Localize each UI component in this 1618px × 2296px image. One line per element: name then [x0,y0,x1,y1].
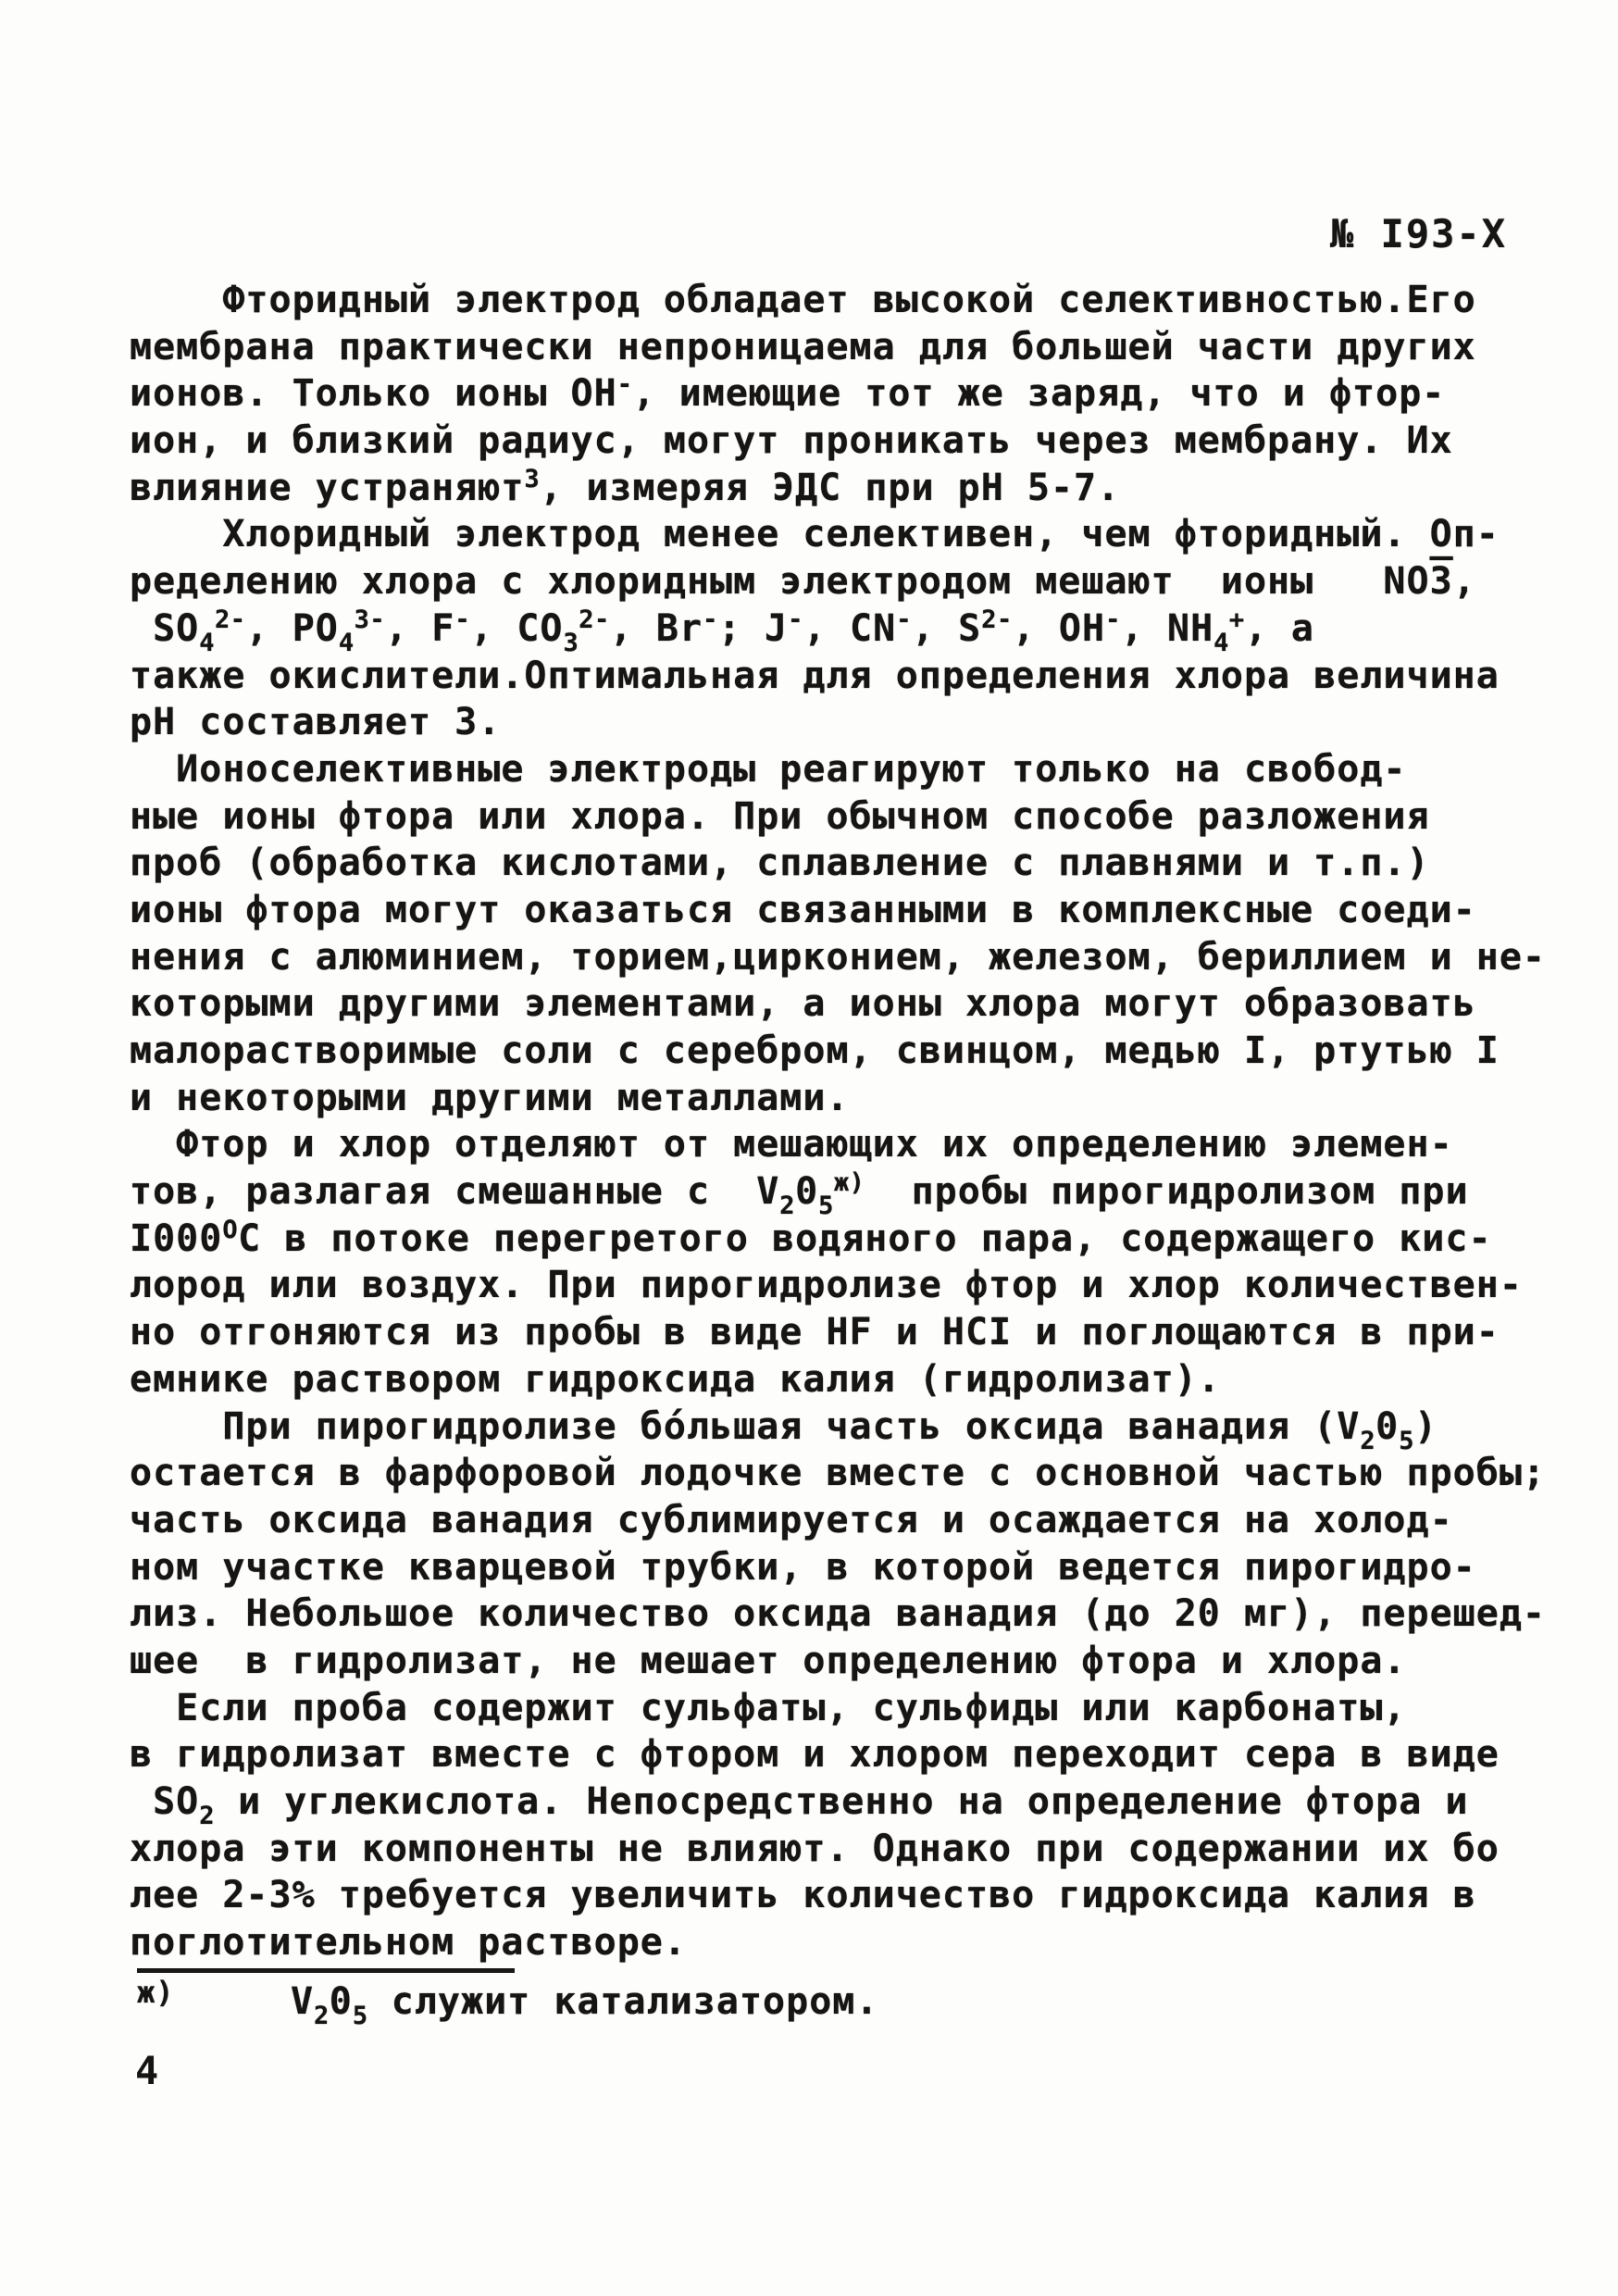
paragraph: Если проба содержит сульфаты, сульфиды и… [130,1685,1592,1966]
text-line: малорастворимые соли с серебром, свинцом… [130,1028,1592,1075]
text-segment: , F [385,607,454,650]
text-segment: хлора эти компоненты не влияют. Однако п… [130,1828,1500,1870]
text-line: но отгоняются из пробы в виде HF и HCI и… [130,1309,1592,1356]
text-segment: поглотительном растворе. [130,1921,687,1964]
paragraph: Ионоселективные электроды реагируют толь… [130,746,1592,1122]
text-segment: и углекислота. Непосредственно на опреде… [215,1780,1468,1823]
text-segment: , S [912,607,981,650]
subscript: 4 [339,629,355,657]
text-segment: ном участке кварцевой трубки, в которой … [130,1546,1476,1589]
text-segment: 0 [330,1980,353,2023]
text-segment: При пирогидролизе бо́льшая часть оксида … [130,1405,1360,1448]
text-segment: лород или воздух. При пирогидролизе фтор… [130,1264,1523,1306]
text-segment: малорастворимые соли с серебром, свинцом… [130,1029,1500,1072]
text-segment: ные ионы фтора или хлора. При обычном сп… [130,795,1430,838]
text-segment: шее в гидролизат, не мешает определению … [130,1640,1407,1682]
subscript: 3 [563,629,579,657]
text-line: При пирогидролизе бо́льшая часть оксида … [130,1404,1592,1451]
subscript: 5 [353,2002,368,2030]
text-segment: рН составляет 3. [130,701,501,743]
text-line: ределению хлора с хлоридным электродом м… [130,558,1592,605]
text-line: проб (обработка кислотами, сплавление с … [130,840,1592,887]
text-segment: пробы пирогидролизом при [865,1170,1468,1213]
superscript: О [222,1216,238,1244]
text-segment: в гидролизат вместе с фтором и хлором пе… [130,1733,1500,1776]
superscript: 3- [355,605,386,634]
text-segment: лиз. Небольшое количество оксида ванадия… [130,1592,1546,1635]
text-line: поглотительном растворе. [130,1919,1592,1966]
superscript: ж) [834,1168,865,1197]
paragraph: Фторидный электрод обладает высокой селе… [130,277,1592,511]
text-segment: также окислители.Оптимальная для определ… [130,655,1500,697]
footnote: ж) V205 служит катализатором. [137,1976,878,2028]
superscript: - [703,605,718,634]
subscript: 2 [1360,1427,1375,1455]
superscript: + [1229,605,1245,634]
text-line: влияние устраняют3, измеряя ЭДС при рН 5… [130,465,1592,512]
text-line: шее в гидролизат, не мешает определению … [130,1638,1592,1685]
text-segment: ионов. Только ионы ОН [130,372,617,415]
subscript: 4 [199,629,215,657]
text-line: Если проба содержит сульфаты, сульфиды и… [130,1685,1592,1732]
text-segment: V [175,1980,315,2023]
text-segment: С в потоке перегретого водяного пара, со… [238,1217,1491,1260]
text-line: хлора эти компоненты не влияют. Однако п… [130,1826,1592,1873]
text-segment: ; J [718,607,788,650]
text-segment: Ионоселективные электроды реагируют толь… [130,748,1407,791]
superscript: - [1105,605,1121,634]
text-line: которыми другими элементами, а ионы хлор… [130,980,1592,1028]
text-line: лиз. Небольшое количество оксида ванадия… [130,1591,1592,1638]
text-line: лород или воздух. При пирогидролизе фтор… [130,1262,1592,1309]
text-line: также окислители.Оптимальная для определ… [130,653,1592,700]
text-segment: лее 2-3% требуется увеличить количество … [130,1874,1476,1916]
text-line: часть оксида ванадия сублимируется и оса… [130,1497,1592,1544]
subscript: 2 [199,1802,215,1830]
text-segment: ) [1414,1405,1438,1448]
text-line: Ионоселективные электроды реагируют толь… [130,746,1592,793]
text-line: лее 2-3% требуется увеличить количество … [130,1872,1592,1919]
text-segment: , Br [610,607,703,650]
text-line: и некоторыми другими металлами. [130,1075,1592,1122]
text-segment: служит катализатором. [368,1980,879,2023]
text-line: емнике раствором гидроксида калия (гидро… [130,1356,1592,1404]
superscript: 2- [579,605,610,634]
doc-number: № I93-X [1330,211,1507,256]
text-segment: часть оксида ванадия сублимируется и оса… [130,1499,1453,1541]
text-segment: SO [130,1780,199,1823]
footnote-text: V205 служит катализатором. [175,1980,879,2023]
footnote-marker: ж) [137,1975,175,2010]
text-line: Хлоридный электрод менее селективен, чем… [130,511,1592,558]
text-segment: , OH [1013,607,1105,650]
subscript: 4 [1213,629,1229,657]
paragraph: При пирогидролизе бо́льшая часть оксида … [130,1404,1592,1685]
paragraph: Хлоридный электрод менее селективен, чем… [130,511,1592,745]
text-segment: мембрана практически непроницаема для бо… [130,326,1476,368]
text-segment: , имеющие тот же заряд, что и фтор- [633,372,1446,415]
text-segment: 0 [795,1170,818,1213]
document-page: № I93-X Фторидный электрод обладает высо… [0,0,1618,2296]
text-line: SO2 и углекислота. Непосредственно на оп… [130,1778,1592,1826]
text-segment: Если проба содержит сульфаты, сульфиды и… [130,1687,1407,1729]
subscript: 5 [818,1192,834,1220]
text-segment: , CN [803,607,896,650]
text-line: тов, разлагая смешанные с V205ж) пробы п… [130,1168,1592,1216]
text-segment: SO [130,607,199,650]
text-line: остается в фарфоровой лодочке вместе с о… [130,1450,1592,1497]
overlined-text: 3 [1430,560,1453,603]
text-line: в гидролизат вместе с фтором и хлором пе… [130,1731,1592,1778]
page-number: 4 [135,2048,158,2093]
text-segment: ион, и близкий радиус, могут проникать ч… [130,419,1453,462]
text-segment: 0 [1375,1405,1399,1448]
text-segment: ределению хлора с хлоридным электродом м… [130,560,1430,603]
text-segment: Фторидный электрод обладает высокой селе… [130,279,1476,321]
text-line: I000ОС в потоке перегретого водяного пар… [130,1216,1592,1263]
text-line: нения с алюминием, торием,цирконием, жел… [130,934,1592,981]
superscript: 2- [981,605,1013,634]
text-line: ионы фтора могут оказаться связанными в … [130,887,1592,934]
superscript: - [788,605,803,634]
text-segment: и некоторыми другими металлами. [130,1077,850,1119]
text-segment: Хлоридный электрод менее селективен, чем… [130,513,1500,555]
text-segment: емнике раствором гидроксида калия (гидро… [130,1358,1221,1401]
body-text: Фторидный электрод обладает высокой селе… [130,277,1592,1966]
text-line: Фтор и хлор отделяют от мешающих их опре… [130,1121,1592,1168]
subscript: 2 [314,2002,330,2030]
text-segment: , PO [246,607,339,650]
text-segment: которыми другими элементами, а ионы хлор… [130,982,1476,1025]
text-segment: влияние устраняют [130,467,524,509]
text-segment: тов, разлагая смешанные с V [130,1170,779,1213]
text-segment: но отгоняются из пробы в виде HF и HCI и… [130,1311,1500,1354]
text-line: мембрана практически непроницаема для бо… [130,324,1592,371]
text-segment: , NH [1121,607,1213,650]
text-segment: , а [1245,607,1314,650]
text-segment: , CO [470,607,563,650]
paragraph: Фтор и хлор отделяют от мешающих их опре… [130,1121,1592,1403]
text-line: ные ионы фтора или хлора. При обычном сп… [130,793,1592,841]
text-line: ион, и близкий радиус, могут проникать ч… [130,418,1592,465]
text-segment: I000 [130,1217,222,1260]
subscript: 5 [1399,1427,1414,1455]
text-line: ионов. Только ионы ОН-, имеющие тот же з… [130,370,1592,418]
text-segment: проб (обработка кислотами, сплавление с … [130,842,1430,884]
text-segment: остается в фарфоровой лодочке вместе с о… [130,1452,1546,1494]
superscript: - [896,605,912,634]
text-line: Фторидный электрод обладает высокой селе… [130,277,1592,324]
superscript: - [617,370,633,399]
text-segment: , [1453,560,1476,603]
superscript: - [454,605,470,634]
text-line: ном участке кварцевой трубки, в которой … [130,1544,1592,1591]
superscript: 3 [524,465,540,493]
text-line: SO42-, PO43-, F-, CO32-, Br-; J-, CN-, S… [130,605,1592,653]
text-line: рН составляет 3. [130,699,1592,746]
text-segment: нения с алюминием, торием,цирконием, жел… [130,936,1546,979]
text-segment: ионы фтора могут оказаться связанными в … [130,889,1476,931]
superscript: 2- [215,605,246,634]
text-segment: , измеряя ЭДС при рН 5-7. [540,467,1120,509]
footnote-separator [137,1968,515,1973]
text-segment: Фтор и хлор отделяют от мешающих их опре… [130,1123,1453,1166]
subscript: 2 [779,1192,795,1220]
